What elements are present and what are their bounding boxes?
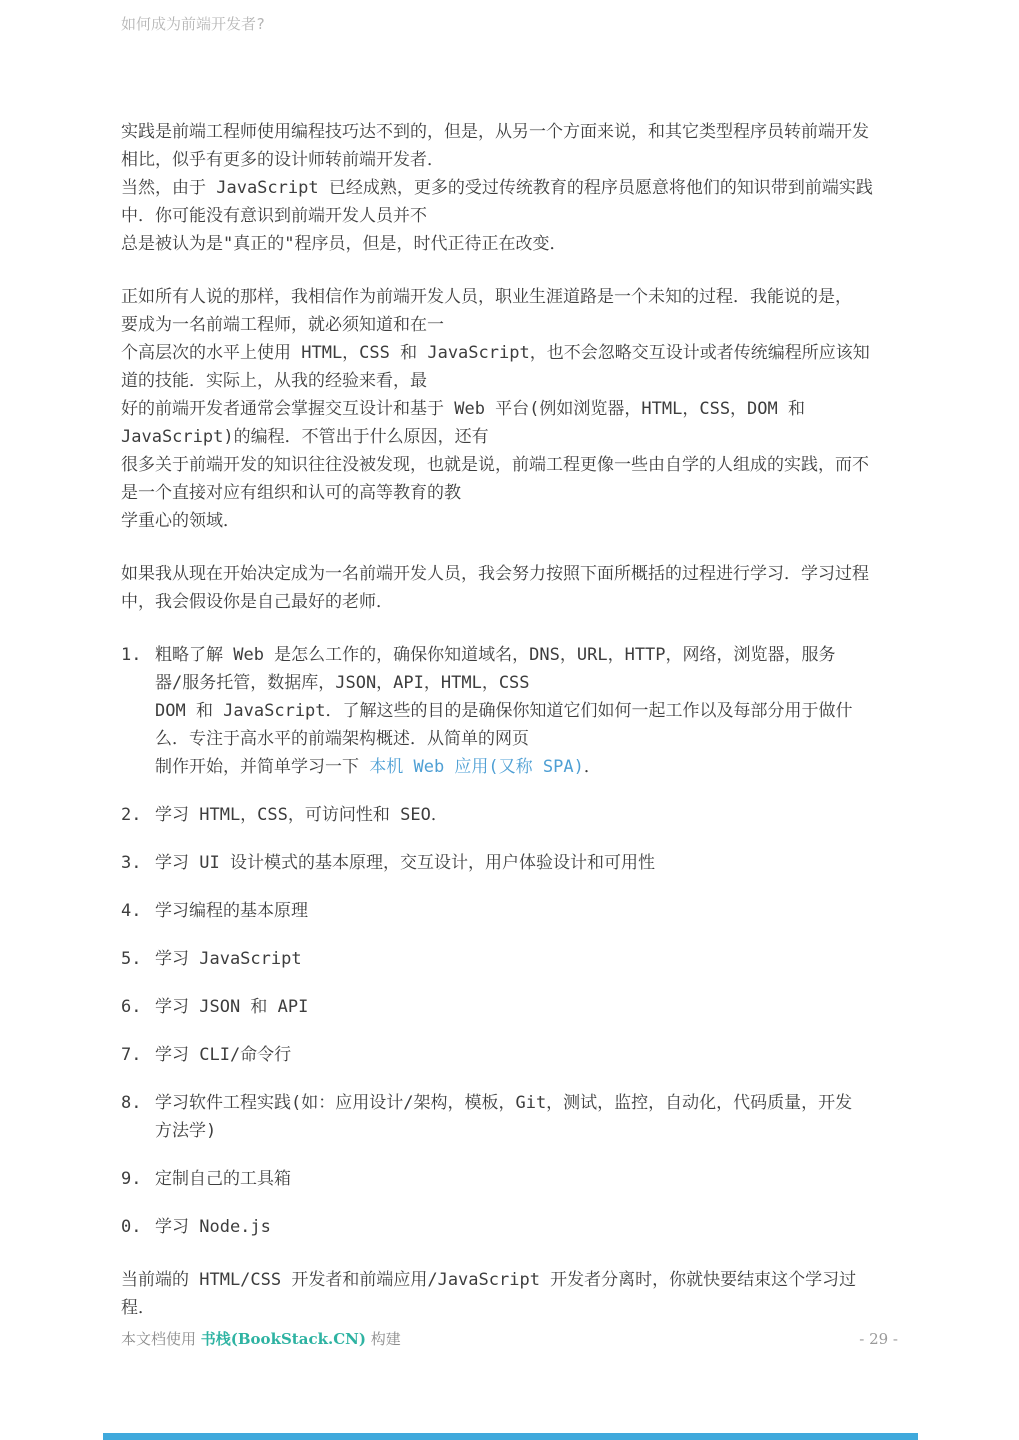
closing-paragraph: 当前端的 HTML/CSS 开发者和前端应用/JavaScript 开发者分离时… <box>121 1266 900 1322</box>
list-marker: 5. <box>121 945 155 973</box>
paragraph-line: 相比，似乎有更多的设计师转前端开发者． <box>121 146 900 174</box>
list-item-6: 6. 学习 JSON 和 API <box>121 993 900 1021</box>
list-item-4: 4. 学习编程的基本原理 <box>121 897 900 925</box>
paragraph-line: 如果我从现在开始决定成为一名前端开发人员，我会努力按照下面所概括的过程进行学习．… <box>121 560 900 588</box>
document-page: 如何成为前端开发者? 实践是前端工程师使用编程技巧达不到的，但是，从另一个方面来… <box>0 0 1019 1440</box>
paragraph-line: JavaScript)的编程．不管出于什么原因，还有 <box>121 423 900 451</box>
list-item-body: 粗略了解 Web 是怎么工作的，确保你知道域名，DNS，URL，HTTP，网络，… <box>155 641 900 781</box>
paragraph-line: 实践是前端工程师使用编程技巧达不到的，但是，从另一个方面来说，和其它类型程序员转… <box>121 118 900 146</box>
list-item-line: 粗略了解 Web 是怎么工作的，确保你知道域名，DNS，URL，HTTP，网络，… <box>155 641 900 669</box>
paragraph-line: 程． <box>121 1294 900 1322</box>
paragraph-line: 当前端的 HTML/CSS 开发者和前端应用/JavaScript 开发者分离时… <box>121 1266 900 1294</box>
list-item-line: 学习 Node.js <box>155 1213 900 1241</box>
list-item-2: 2. 学习 HTML，CSS，可访问性和 SEO． <box>121 801 900 829</box>
paragraph-2: 正如所有人说的那样，我相信作为前端开发人员，职业生涯道路是一个未知的过程．我能说… <box>121 283 900 535</box>
list-item-line: 学习 CLI/命令行 <box>155 1041 900 1069</box>
paragraph-line: 是一个直接对应有组织和认可的高等教育的教 <box>121 479 900 507</box>
list-marker: 6. <box>121 993 155 1021</box>
list-item-line: 方法学) <box>155 1117 900 1145</box>
list-item-8: 8. 学习软件工程实践(如：应用设计/架构，模板，Git，测试，监控，自动化，代… <box>121 1089 900 1145</box>
list-marker: 0. <box>121 1213 155 1241</box>
paragraph-line: 总是被认为是"真正的"程序员，但是，时代正待正在改变． <box>121 230 900 258</box>
paragraph-line: 正如所有人说的那样，我相信作为前端开发人员，职业生涯道路是一个未知的过程．我能说… <box>121 283 900 311</box>
paragraph-line: 道的技能．实际上，从我的经验来看，最 <box>121 367 900 395</box>
paragraph-line: 中．你可能没有意识到前端开发人员并不 <box>121 202 900 230</box>
list-marker: 3. <box>121 849 155 877</box>
list-marker: 7. <box>121 1041 155 1069</box>
footer-prefix-text: 本文档使用 <box>121 1330 201 1348</box>
paragraph-line: 中，我会假设你是自己最好的老师． <box>121 588 900 616</box>
list-item-line: 学习软件工程实践(如：应用设计/架构，模板，Git，测试，监控，自动化，代码质量… <box>155 1089 900 1117</box>
list-item-line: 学习编程的基本原理 <box>155 897 900 925</box>
list-marker: 1. <box>121 641 155 781</box>
spa-article-link[interactable]: 本机 Web 应用(又称 SPA) <box>369 757 584 777</box>
list-item-5: 5. 学习 JavaScript <box>121 945 900 973</box>
paragraph-line: 要成为一名前端工程师，就必须知道和在一 <box>121 311 900 339</box>
list-marker: 8. <box>121 1089 155 1145</box>
paragraph-line: 当然，由于 JavaScript 已经成熟，更多的受过传统教育的程序员愿意将他们… <box>121 174 900 202</box>
paragraph-1: 实践是前端工程师使用编程技巧达不到的，但是，从另一个方面来说，和其它类型程序员转… <box>121 118 900 258</box>
page-number: - 29 - <box>859 1328 898 1350</box>
list-marker: 2. <box>121 801 155 829</box>
link-prefix-text: 制作开始，并简单学习一下 <box>155 757 369 777</box>
page-header-title: 如何成为前端开发者? <box>121 13 265 35</box>
list-item-7: 7. 学习 CLI/命令行 <box>121 1041 900 1069</box>
list-item-line: 学习 JSON 和 API <box>155 993 900 1021</box>
page-footer: 本文档使用 书栈(BookStack.CN) 构建 - 29 - <box>121 1328 898 1350</box>
page-bottom-accent-bar <box>103 1433 918 1440</box>
footer-suffix-text: 构建 <box>366 1330 401 1348</box>
list-item-line: 么．专注于高水平的前端架构概述．从简单的网页 <box>155 725 900 753</box>
list-item-line: 定制自己的工具箱 <box>155 1165 900 1193</box>
list-item-line: 器/服务托管，数据库，JSON，API，HTML，CSS <box>155 669 900 697</box>
list-item-1: 1. 粗略了解 Web 是怎么工作的，确保你知道域名，DNS，URL，HTTP，… <box>121 641 900 781</box>
paragraph-3: 如果我从现在开始决定成为一名前端开发人员，我会努力按照下面所概括的过程进行学习．… <box>121 560 900 616</box>
list-item-line: 学习 UI 设计模式的基本原理，交互设计，用户体验设计和可用性 <box>155 849 900 877</box>
footer-build-note: 本文档使用 书栈(BookStack.CN) 构建 <box>121 1328 401 1350</box>
list-marker: 4. <box>121 897 155 925</box>
paragraph-line: 学重心的领域． <box>121 507 900 535</box>
paragraph-line: 好的前端开发者通常会掌握交互设计和基于 Web 平台(例如浏览器，HTML，CS… <box>121 395 900 423</box>
list-item-3: 3. 学习 UI 设计模式的基本原理，交互设计，用户体验设计和可用性 <box>121 849 900 877</box>
page-content: 实践是前端工程师使用编程技巧达不到的，但是，从另一个方面来说，和其它类型程序员转… <box>121 118 900 1347</box>
list-item-line-with-link: 制作开始，并简单学习一下 本机 Web 应用(又称 SPA)． <box>155 753 900 781</box>
ordered-list: 1. 粗略了解 Web 是怎么工作的，确保你知道域名，DNS，URL，HTTP，… <box>121 641 900 1241</box>
list-marker: 9. <box>121 1165 155 1193</box>
paragraph-line: 个高层次的水平上使用 HTML，CSS 和 JavaScript，也不会忽略交互… <box>121 339 900 367</box>
paragraph-line: 很多关于前端开发的知识往往没被发现，也就是说，前端工程更像一些由自学的人组成的实… <box>121 451 900 479</box>
list-item-9: 9. 定制自己的工具箱 <box>121 1165 900 1193</box>
link-suffix-text: ． <box>584 757 601 777</box>
list-item-line: DOM 和 JavaScript．了解这些的目的是确保你知道它们如何一起工作以及… <box>155 697 900 725</box>
list-item-10: 0. 学习 Node.js <box>121 1213 900 1241</box>
bookstack-brand-link[interactable]: 书栈(BookStack.CN) <box>201 1330 366 1348</box>
list-item-line: 学习 HTML，CSS，可访问性和 SEO． <box>155 801 900 829</box>
list-item-line: 学习 JavaScript <box>155 945 900 973</box>
